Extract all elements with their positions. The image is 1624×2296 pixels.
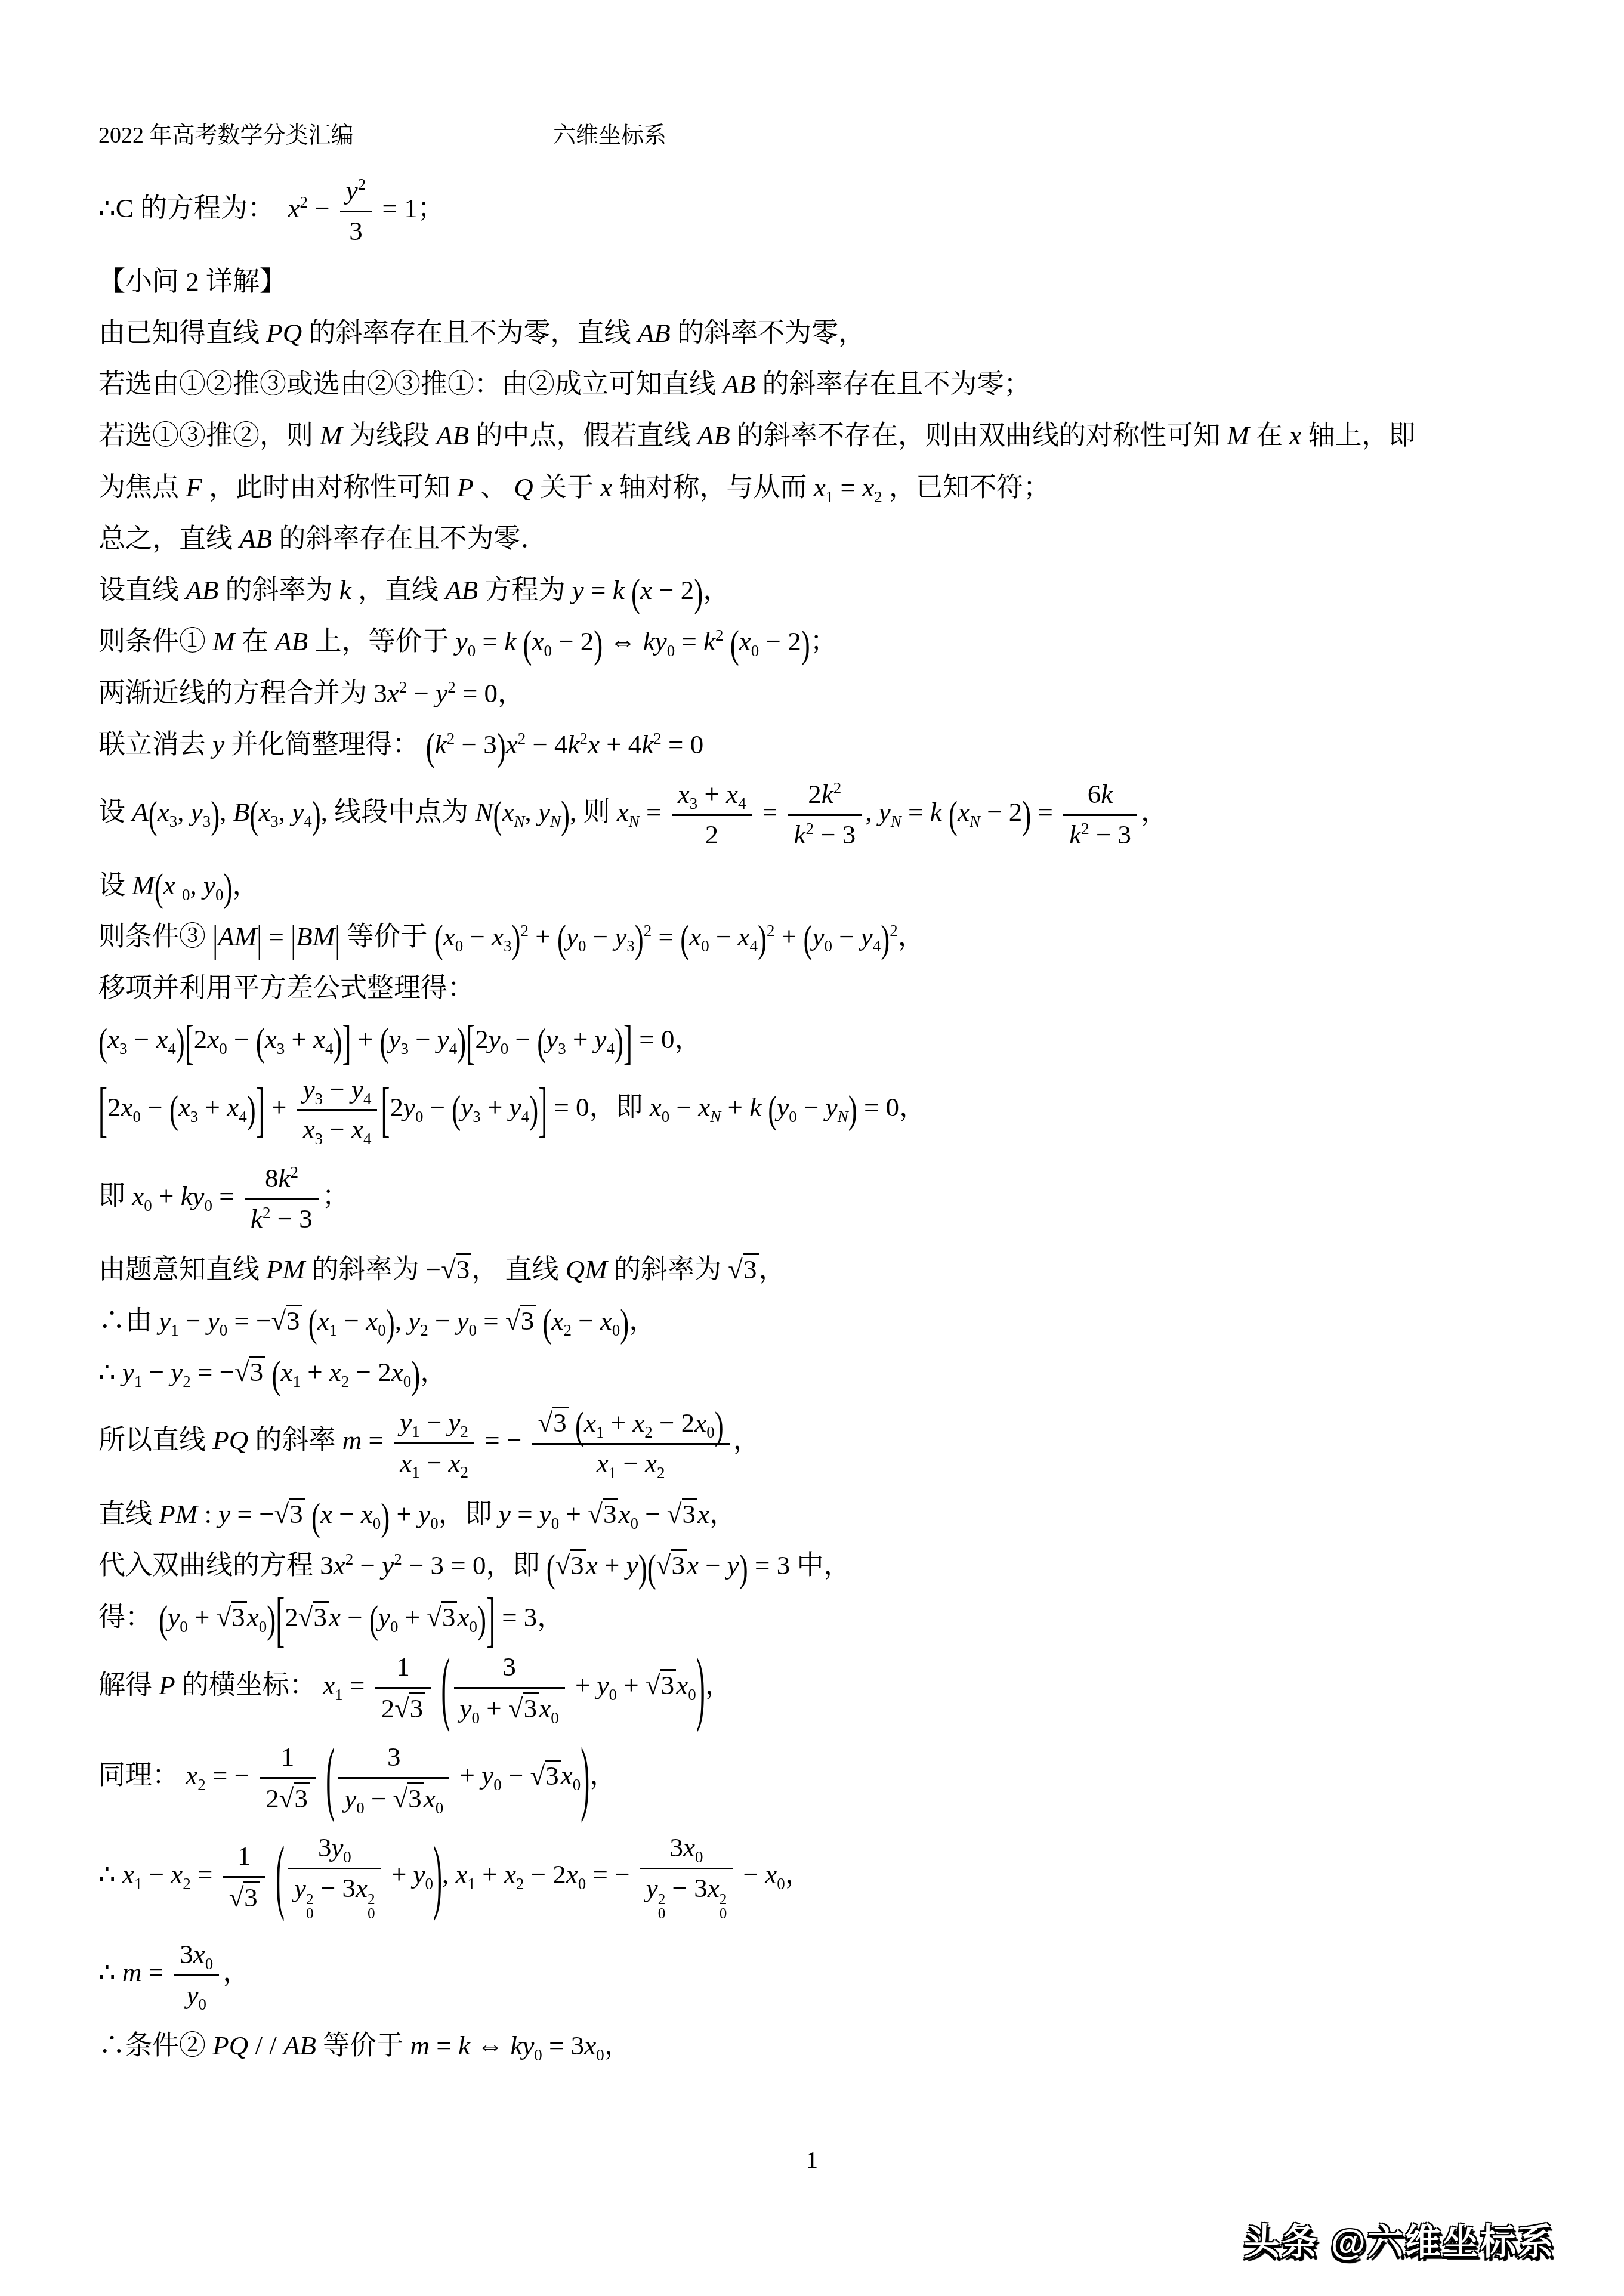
content-line-9: 则条件① M 在 AB 上，等价于 y0 = k (x0 − 2) ⇔ ky0 … [98, 625, 1535, 658]
content-line-27: 同理： x2 = − 12√3 (3y0 − √3x0 + y0 − √3x0)… [98, 1742, 1535, 1815]
header-source: 六维坐标系 [553, 123, 666, 148]
content-line-10: 两渐近线的方程合并为 3x2 − y2 = 0， [98, 676, 1535, 710]
content-line-5: 若选①③推②，则 M 为线段 AB 的中点，假若直线 AB 的斜率不存在，则由双… [98, 419, 1535, 452]
content-line-8: 设直线 AB 的斜率为 k ，直线 AB 方程为 y = k (x − 2)， [98, 573, 1535, 607]
content-line-7: 总之，直线 AB 的斜率存在且不为零． [98, 522, 1535, 555]
content-line-19: 由题意知直线 PM 的斜率为 −√3， 直线 QM 的斜率为 √3， [98, 1253, 1535, 1286]
content-line-6: 为焦点 F ，此时由对称性可知 P 、 Q 关于 x 轴对称，与从而 x1 = … [98, 471, 1535, 504]
content-line-17: [2x0 − (x3 + x4)] + y3 − y4x3 − x4[2y0 −… [98, 1074, 1535, 1146]
content-line-23: 直线 PM : y = −√3 (x − x0) + y0，即 y = y0 +… [98, 1497, 1535, 1531]
content-line-3: 由已知得直线 PQ 的斜率存在且不为零，直线 AB 的斜率不为零， [98, 316, 1535, 350]
page-header: 2022 年高考数学分类汇编 六维坐标系 [98, 116, 1535, 149]
content-line-29: ∴ m = 3x0y0， [98, 1939, 1535, 2011]
content-line-2: 【小问 2 详解】 [98, 265, 1535, 298]
content-line-21: ∴ y1 − y2 = −√3 (x1 + x2 − 2x0)， [98, 1355, 1535, 1389]
content-line-11: 联立消去 y 并化简整理得： (k2 − 3)x2 − 4k2x + 4k2 =… [98, 728, 1535, 761]
content-line-12: 设 A(x3, y3), B(x3, y4), 线段中点为 N(xN, yN),… [98, 779, 1535, 851]
content-line-16: (x3 − x4)[2x0 − (x3 + x4)] + (y3 − y4)[2… [98, 1022, 1535, 1056]
content-line-13: 设 M(x 0, y0)， [98, 869, 1535, 902]
content-line-18: 即 x0 + ky0 = 8k2k2 − 3； [98, 1163, 1535, 1235]
content-line-20: ∴由 y1 − y0 = −√3 (x1 − x0), y2 − y0 = √3… [98, 1304, 1535, 1337]
content-line-15: 移项并利用平方差公式整理得： [98, 971, 1535, 1005]
content-line-24: 代入双曲线的方程 3x2 − y2 − 3 = 0，即 (√3x + y)(√3… [98, 1549, 1535, 1582]
content-line-26: 解得 P 的横坐标： x1 = 12√3 (3y0 + √3x0 + y0 + … [98, 1652, 1535, 1725]
content-line-25: 得： (y0 + √3x0)[2√3x − (y0 + √3x0)] = 3， [98, 1600, 1535, 1634]
content-line-1: ∴C 的方程为： x2 − y23 = 1； [98, 175, 1535, 247]
content-line-22: 所以直线 PQ 的斜率 m = y1 − y2x1 − x2 = − √3 (x… [98, 1407, 1535, 1479]
watermark: 头条 @六维坐标系 [1244, 2214, 1555, 2265]
content: ∴C 的方程为： x2 − y23 = 1；【小问 2 详解】由已知得直线 PQ… [98, 175, 1535, 2062]
page-number: 1 [0, 2146, 1624, 2174]
header-title: 2022 年高考数学分类汇编 [98, 123, 354, 148]
content-line-4: 若选由①②推③或选由②③推①：由②成立可知直线 AB 的斜率存在且不为零； [98, 367, 1535, 401]
content-line-28: ∴ x1 − x2 = 1√3 (3y0y20 − 3x20 + y0), x1… [98, 1833, 1535, 1921]
content-line-30: ∴条件② PQ / / AB 等价于 m = k ⇔ ky0 = 3x0， [98, 2029, 1535, 2062]
document-page: 2022 年高考数学分类汇编 六维坐标系 ∴C 的方程为： x2 − y23 =… [0, 0, 1624, 2296]
content-line-14: 则条件③ |AM| = |BM| 等价于 (x0 − x3)2 + (y0 − … [98, 920, 1535, 953]
